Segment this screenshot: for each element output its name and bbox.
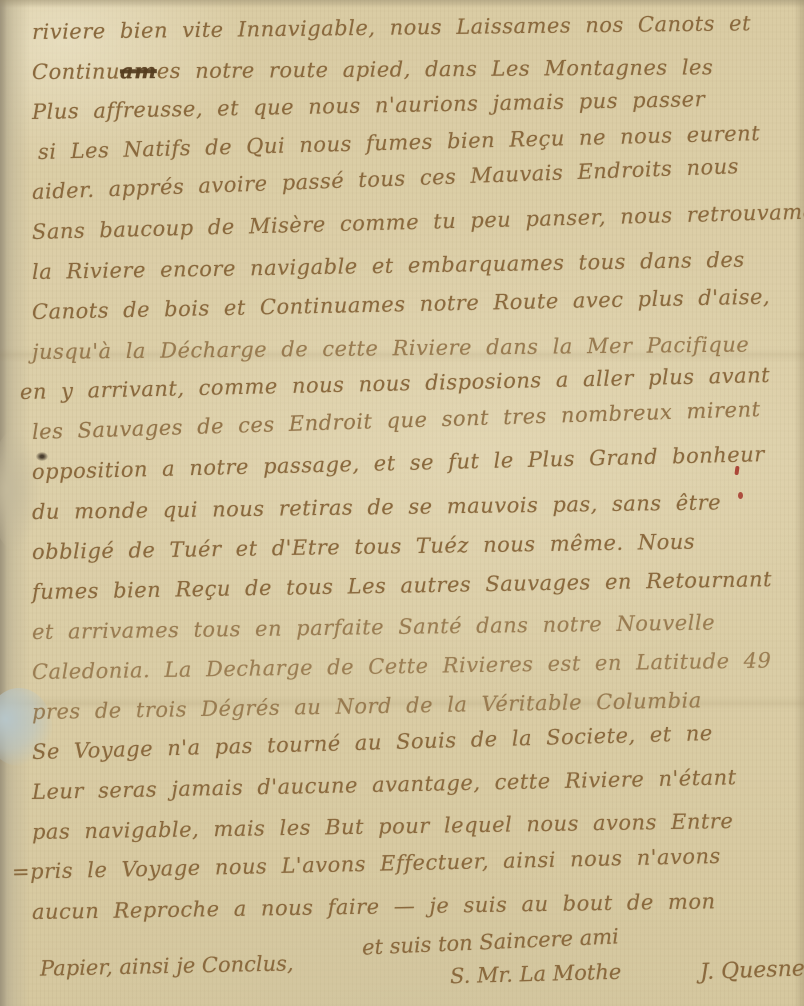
closing-addressee: S. Mr. La Mothe — [450, 960, 622, 988]
line-suffix: es notre route apied, dans Les Montagnes… — [157, 55, 714, 83]
closing-last-line: Papier, ainsi je Conclus, — [40, 951, 294, 980]
letter-page: riviere bien vite Innavigable, nous Lais… — [0, 0, 804, 1006]
signature: J. Quesnel — [700, 956, 804, 985]
closing-inserted-line: et suis ton Saincere ami — [362, 924, 620, 959]
letter-body: riviere bien vite Innavigable, nous Lais… — [32, 12, 798, 1002]
struck-out-text: am — [120, 58, 157, 83]
line-prefix: Continu — [32, 59, 120, 84]
closing-block: Papier, ainsi je Conclus, et suis ton Sa… — [32, 932, 798, 1002]
letter-line: riviere bien vite Innavigable, nous Lais… — [32, 3, 798, 52]
